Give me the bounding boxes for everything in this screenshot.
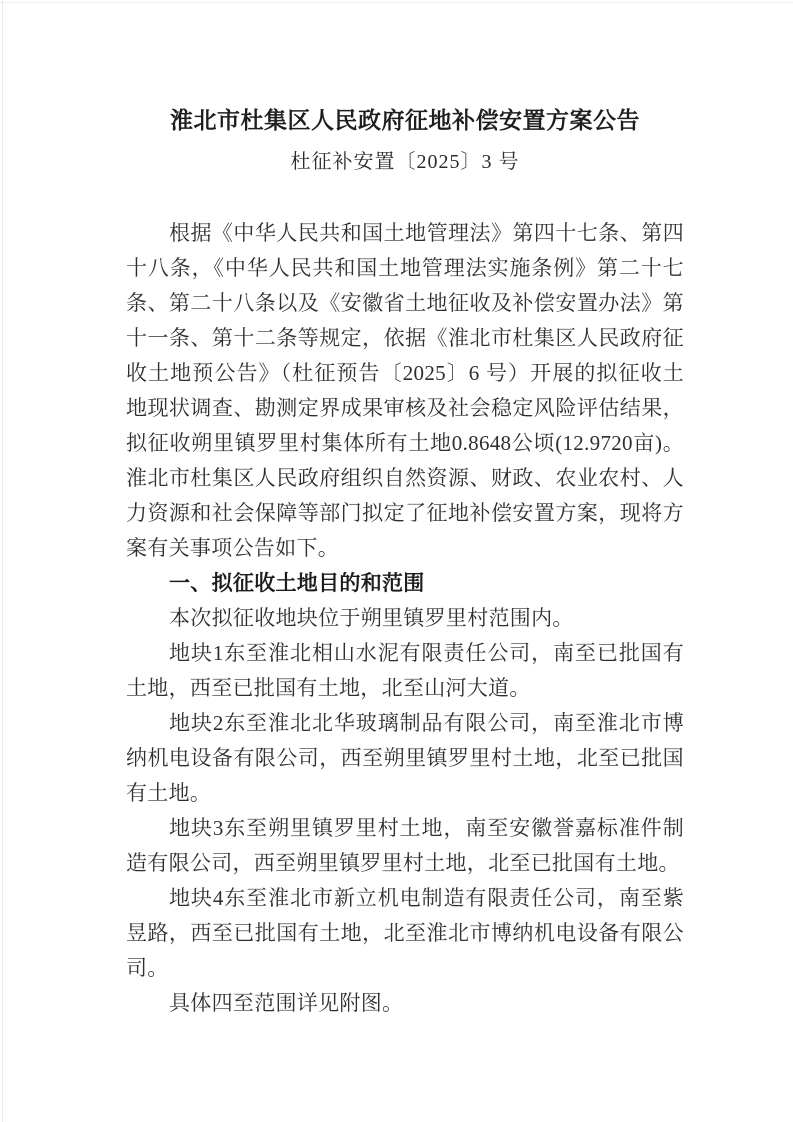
body-line: 具体四至范围详见附图。 (126, 986, 684, 1021)
body-line: 纳机电设备有限公司，西至朔里镇罗里村土地，北至已批国 (126, 741, 684, 776)
body-line: 十一条、第十二条等规定，依据《淮北市杜集区人民政府征 (126, 321, 684, 356)
body-line: 地块3东至朔里镇罗里村土地，南至安徽誉嘉标准件制 (126, 811, 684, 846)
doc-body: 根据《中华人民共和国土地管理法》第四十七条、第四十八条，《中华人民共和国土地管理… (126, 216, 684, 1021)
body-line: 地现状调查、勘测定界成果审核及社会稳定风险评估结果， (126, 391, 684, 426)
body-line: 司。 (126, 951, 684, 986)
body-line: 淮北市杜集区人民政府组织自然资源、财政、农业农村、人 (126, 461, 684, 496)
scan-edge-left (2, 0, 3, 1122)
body-line: 力资源和社会保障等部门拟定了征地补偿安置方案，现将方 (126, 496, 684, 531)
body-line: 案有关事项公告如下。 (126, 531, 684, 566)
body-line: 根据《中华人民共和国土地管理法》第四十七条、第四 (126, 216, 684, 251)
section-heading: 一、拟征收土地目的和范围 (126, 566, 684, 601)
doc-title: 淮北市杜集区人民政府征地补偿安置方案公告 (126, 102, 684, 135)
document-page: 淮北市杜集区人民政府征地补偿安置方案公告 杜征补安置〔2025〕3 号 根据《中… (0, 0, 793, 1122)
body-line: 本次拟征收地块位于朔里镇罗里村范围内。 (126, 601, 684, 636)
body-line: 昱路，西至已批国有土地，北至淮北市博纳机电设备有限公 (126, 916, 684, 951)
body-line: 地块2东至淮北北华玻璃制品有限公司，南至淮北市博 (126, 706, 684, 741)
body-line: 有土地。 (126, 776, 684, 811)
body-line: 收土地预公告》（杜征预告〔2025〕6 号）开展的拟征收土 (126, 356, 684, 391)
body-line: 土地，西至已批国有土地，北至山河大道。 (126, 671, 684, 706)
body-line: 地块4东至淮北市新立机电制造有限责任公司，南至紫 (126, 881, 684, 916)
scan-edge-top (0, 2, 793, 3)
body-line: 条、第二十八条以及《安徽省土地征收及补偿安置办法》第 (126, 286, 684, 321)
doc-number: 杜征补安置〔2025〕3 号 (126, 145, 684, 174)
body-line: 拟征收朔里镇罗里村集体所有土地0.8648公顷(12.9720亩)。 (126, 426, 684, 461)
body-line: 地块1东至淮北相山水泥有限责任公司，南至已批国有 (126, 636, 684, 671)
body-line: 造有限公司，西至朔里镇罗里村土地，北至已批国有土地。 (126, 846, 684, 881)
body-line: 十八条，《中华人民共和国土地管理法实施条例》第二十七 (126, 251, 684, 286)
